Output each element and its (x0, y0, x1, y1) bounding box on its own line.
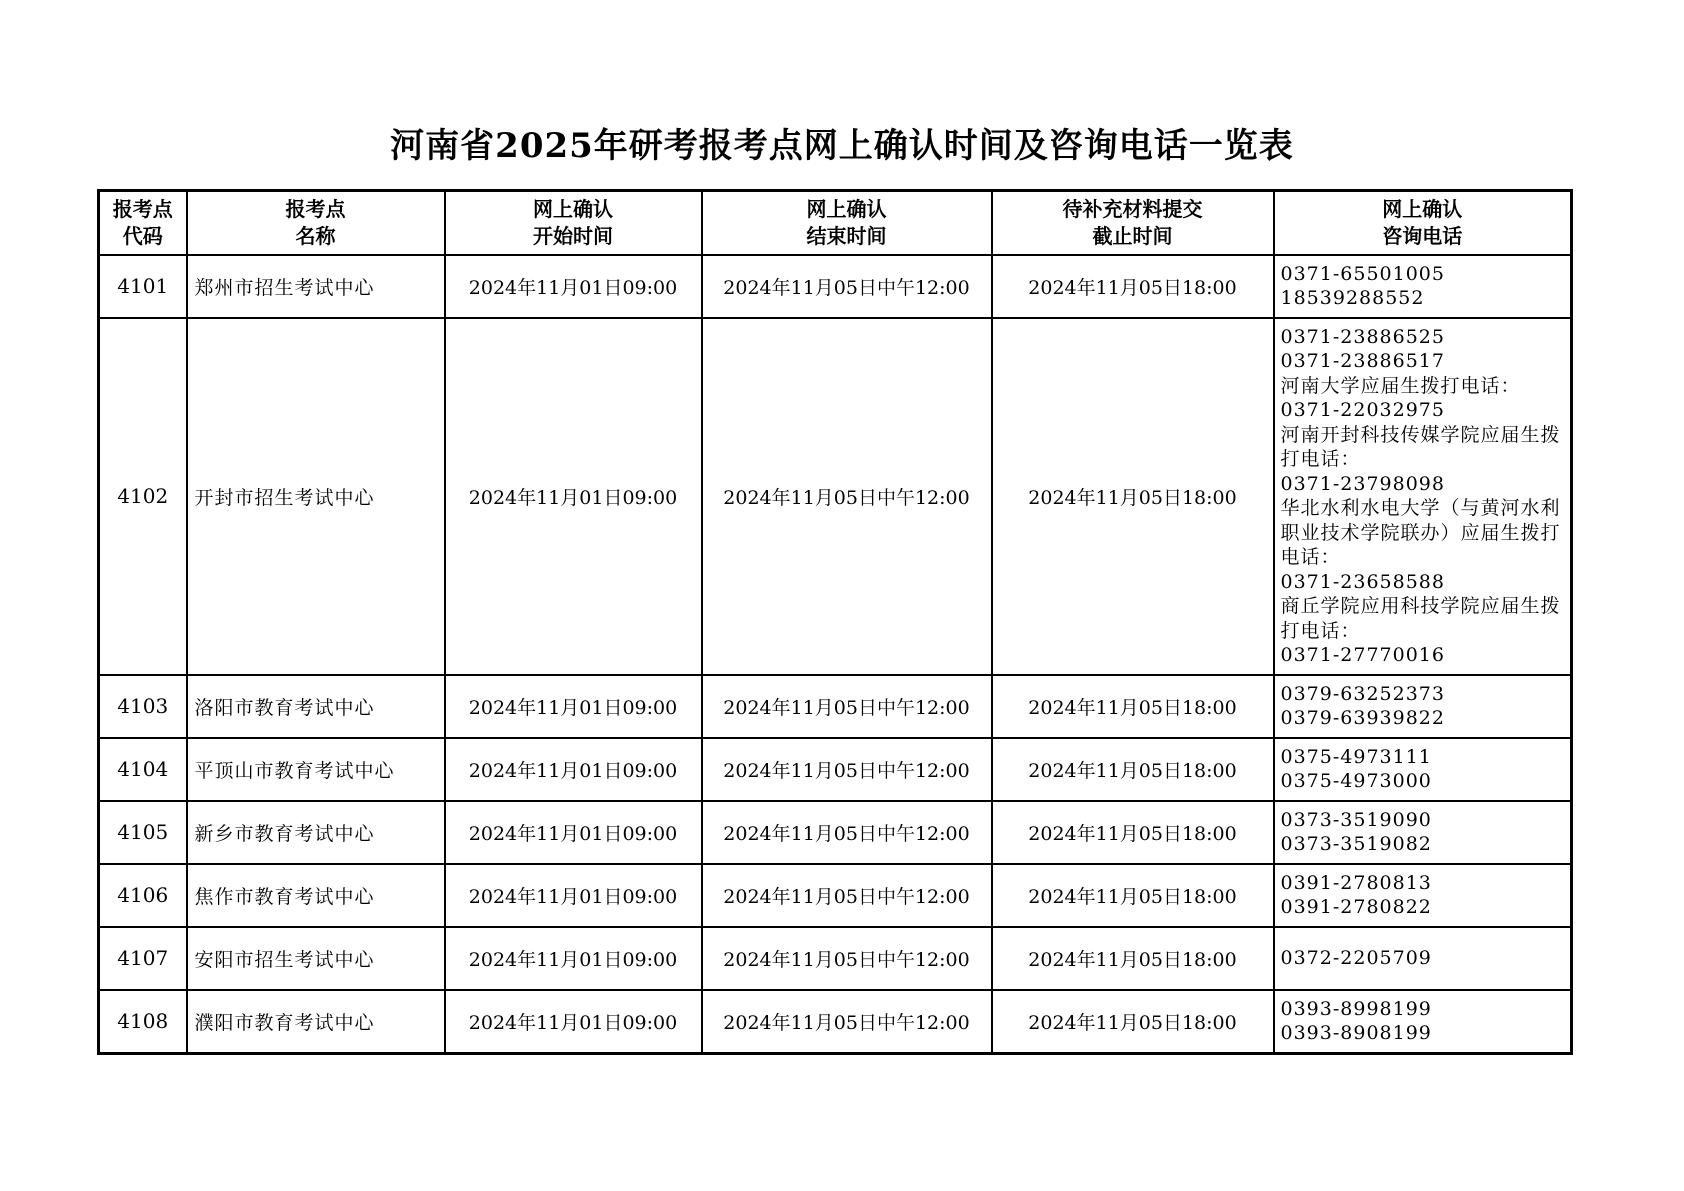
deadline-cell: 2024年11月05日18:00 (992, 675, 1274, 738)
table-row: 4105 新乡市教育考试中心 2024年11月01日09:00 2024年11月… (99, 801, 1572, 864)
header-start-time: 网上确认 开始时间 (445, 191, 702, 255)
name-cell: 郑州市招生考试中心 (187, 255, 445, 318)
code-cell: 4103 (99, 675, 187, 738)
page-title: 河南省2025年研考报考点网上确认时间及咨询电话一览表 (0, 0, 1684, 189)
end-time-cell: 2024年11月05日中午12:00 (702, 255, 992, 318)
code-cell: 4101 (99, 255, 187, 318)
name-cell: 濮阳市教育考试中心 (187, 990, 445, 1054)
start-time-cell: 2024年11月01日09:00 (445, 675, 702, 738)
end-time-cell: 2024年11月05日中午12:00 (702, 927, 992, 990)
phone-cell: 0379-63252373 0379-63939822 (1274, 675, 1572, 738)
phone-cell: 0391-2780813 0391-2780822 (1274, 864, 1572, 927)
deadline-cell: 2024年11月05日18:00 (992, 255, 1274, 318)
table-row: 4104 平顶山市教育考试中心 2024年11月01日09:00 2024年11… (99, 738, 1572, 801)
deadline-cell: 2024年11月05日18:00 (992, 990, 1274, 1054)
table-row: 4101 郑州市招生考试中心 2024年11月01日09:00 2024年11月… (99, 255, 1572, 318)
table-row: 4103 洛阳市教育考试中心 2024年11月01日09:00 2024年11月… (99, 675, 1572, 738)
start-time-cell: 2024年11月01日09:00 (445, 738, 702, 801)
phone-cell: 0375-4973111 0375-4973000 (1274, 738, 1572, 801)
deadline-cell: 2024年11月05日18:00 (992, 318, 1274, 675)
header-code: 报考点 代码 (99, 191, 187, 255)
table-row: 4107 安阳市招生考试中心 2024年11月01日09:00 2024年11月… (99, 927, 1572, 990)
name-cell: 焦作市教育考试中心 (187, 864, 445, 927)
table-header-row: 报考点 代码 报考点 名称 网上确认 开始时间 网上确认 结束时间 待补充材料提… (99, 191, 1572, 255)
end-time-cell: 2024年11月05日中午12:00 (702, 801, 992, 864)
phone-cell: 0371-23886525 0371-23886517 河南大学应届生拨打电话：… (1274, 318, 1572, 675)
table-row: 4102 开封市招生考试中心 2024年11月01日09:00 2024年11月… (99, 318, 1572, 675)
table-row: 4108 濮阳市教育考试中心 2024年11月01日09:00 2024年11月… (99, 990, 1572, 1054)
code-cell: 4102 (99, 318, 187, 675)
header-deadline: 待补充材料提交 截止时间 (992, 191, 1274, 255)
code-cell: 4106 (99, 864, 187, 927)
code-cell: 4107 (99, 927, 187, 990)
end-time-cell: 2024年11月05日中午12:00 (702, 990, 992, 1054)
name-cell: 新乡市教育考试中心 (187, 801, 445, 864)
end-time-cell: 2024年11月05日中午12:00 (702, 318, 992, 675)
phone-cell: 0393-8998199 0393-8908199 (1274, 990, 1572, 1054)
header-end-time: 网上确认 结束时间 (702, 191, 992, 255)
name-cell: 开封市招生考试中心 (187, 318, 445, 675)
header-phone: 网上确认 咨询电话 (1274, 191, 1572, 255)
phone-cell: 0373-3519090 0373-3519082 (1274, 801, 1572, 864)
document-page: 河南省2025年研考报考点网上确认时间及咨询电话一览表 报考点 代码 报考点 名… (0, 0, 1684, 1191)
deadline-cell: 2024年11月05日18:00 (992, 801, 1274, 864)
end-time-cell: 2024年11月05日中午12:00 (702, 675, 992, 738)
name-cell: 平顶山市教育考试中心 (187, 738, 445, 801)
phone-cell: 0372-2205709 (1274, 927, 1572, 990)
code-cell: 4105 (99, 801, 187, 864)
phone-cell: 0371-65501005 18539288552 (1274, 255, 1572, 318)
start-time-cell: 2024年11月01日09:00 (445, 255, 702, 318)
table-row: 4106 焦作市教育考试中心 2024年11月01日09:00 2024年11月… (99, 864, 1572, 927)
name-cell: 洛阳市教育考试中心 (187, 675, 445, 738)
deadline-cell: 2024年11月05日18:00 (992, 738, 1274, 801)
confirmation-schedule-table: 报考点 代码 报考点 名称 网上确认 开始时间 网上确认 结束时间 待补充材料提… (97, 189, 1573, 1055)
end-time-cell: 2024年11月05日中午12:00 (702, 864, 992, 927)
start-time-cell: 2024年11月01日09:00 (445, 318, 702, 675)
deadline-cell: 2024年11月05日18:00 (992, 927, 1274, 990)
start-time-cell: 2024年11月01日09:00 (445, 927, 702, 990)
start-time-cell: 2024年11月01日09:00 (445, 801, 702, 864)
header-name: 报考点 名称 (187, 191, 445, 255)
code-cell: 4108 (99, 990, 187, 1054)
deadline-cell: 2024年11月05日18:00 (992, 864, 1274, 927)
start-time-cell: 2024年11月01日09:00 (445, 864, 702, 927)
name-cell: 安阳市招生考试中心 (187, 927, 445, 990)
start-time-cell: 2024年11月01日09:00 (445, 990, 702, 1054)
code-cell: 4104 (99, 738, 187, 801)
end-time-cell: 2024年11月05日中午12:00 (702, 738, 992, 801)
